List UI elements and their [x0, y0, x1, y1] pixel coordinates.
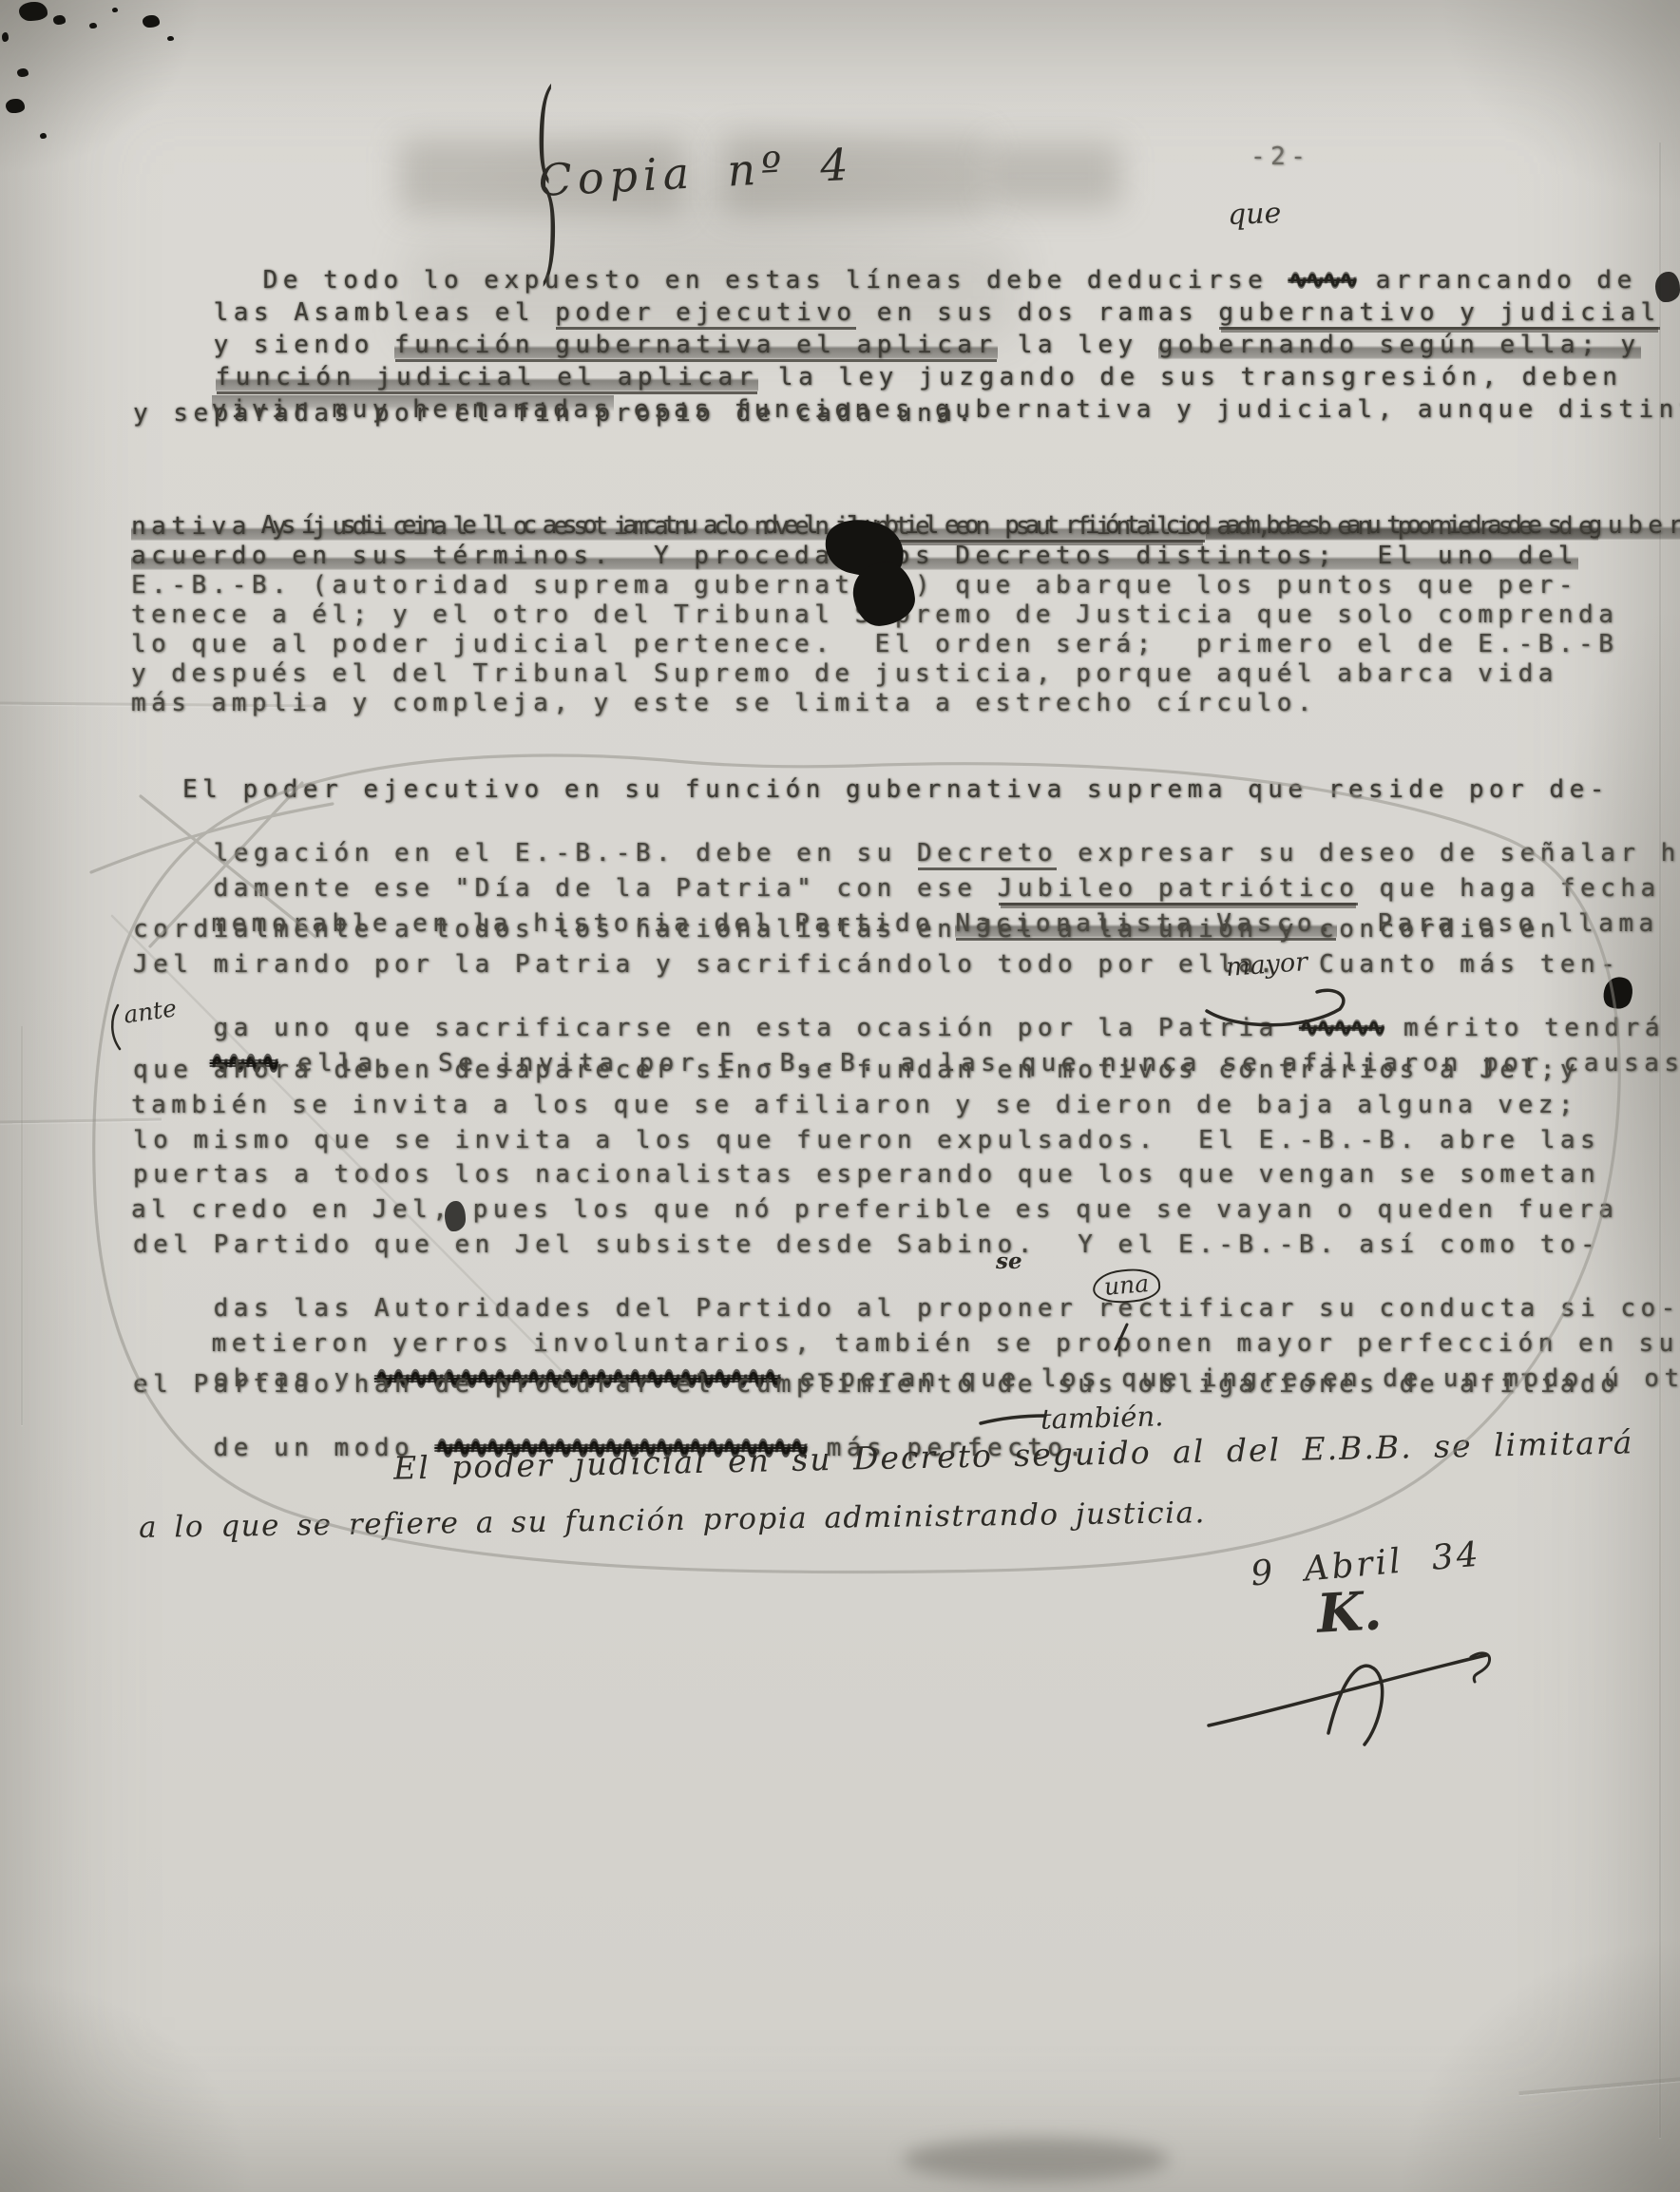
ink-blot	[445, 1201, 466, 1231]
handwritten-annotation-mayor: mayor	[1225, 947, 1308, 982]
typed-line: puertas a todos los nacionalistas espera…	[133, 1160, 1600, 1189]
handwritten-annotation-tambien: también.	[1040, 1400, 1164, 1435]
typed-line: y separadas por el fin propio de cada un…	[133, 399, 977, 428]
typed-line: El poder ejecutivo en su función guberna…	[182, 775, 1610, 804]
handwritten-annotation-se: se	[996, 1248, 1022, 1274]
typed-line: también se invita a los que se afiliaron…	[131, 1091, 1578, 1119]
paper-crease	[21, 1026, 23, 1425]
ink-splatter	[53, 15, 66, 25]
ink-splatter	[143, 15, 160, 28]
handwritten-signature: K.	[1315, 1579, 1384, 1645]
ink-splatter	[112, 8, 118, 12]
typed-line: y después el del Tribunal Supremo de jus…	[131, 659, 1558, 688]
typed-line: el Partido han de procurar el cumplimien…	[133, 1370, 1620, 1399]
ink-splatter	[40, 133, 47, 139]
signature-flourish	[1209, 1655, 1486, 1725]
typed-line: que ahora deben desaparecer sino se fund…	[133, 1056, 1580, 1084]
signature-flourish	[1328, 1666, 1383, 1744]
typed-line: cordialmente a todos los nacionalistas e…	[133, 915, 1560, 944]
typed-line: lo que al poder judicial pertenece. El o…	[131, 630, 1618, 658]
typed-line: lo mismo que se invita a los que fueron …	[133, 1126, 1600, 1154]
handwritten-note-line-2: a lo que se refiere a su función propia …	[139, 1496, 1206, 1545]
signature-flourish	[1471, 1653, 1490, 1682]
ink-splatter	[2, 32, 9, 42]
copy-note-text: Copia nº 4	[537, 139, 855, 206]
typed-line: al credo en Jel, pues los que nó preferi…	[131, 1195, 1618, 1224]
bottom-smudge	[903, 2138, 1169, 2182]
ink-blot	[1655, 272, 1680, 302]
ink-splatter	[167, 36, 174, 41]
scanned-document-page: ( Copia nº 4 ) -2- De todo lo expuesto e…	[0, 0, 1680, 2192]
page-number: -2-	[1250, 143, 1310, 171]
typed-line: más amplia y compleja, y este se limita …	[131, 689, 1317, 717]
ink-splatter	[6, 99, 25, 113]
typed-line: del Partido que en Jel subsiste desde Sa…	[133, 1230, 1600, 1259]
ink-splatter	[89, 23, 97, 29]
typed-line: Jel mirando por la Patria y sacrificándo…	[133, 950, 1620, 979]
ghost-bleedthrough	[988, 143, 1121, 209]
handwritten-annotation-que: que	[1227, 197, 1281, 232]
ink-splatter	[17, 68, 29, 77]
ante-paren-stroke	[112, 1005, 120, 1049]
ink-splatter	[19, 2, 48, 21]
paper-crease	[1518, 2074, 1680, 2095]
